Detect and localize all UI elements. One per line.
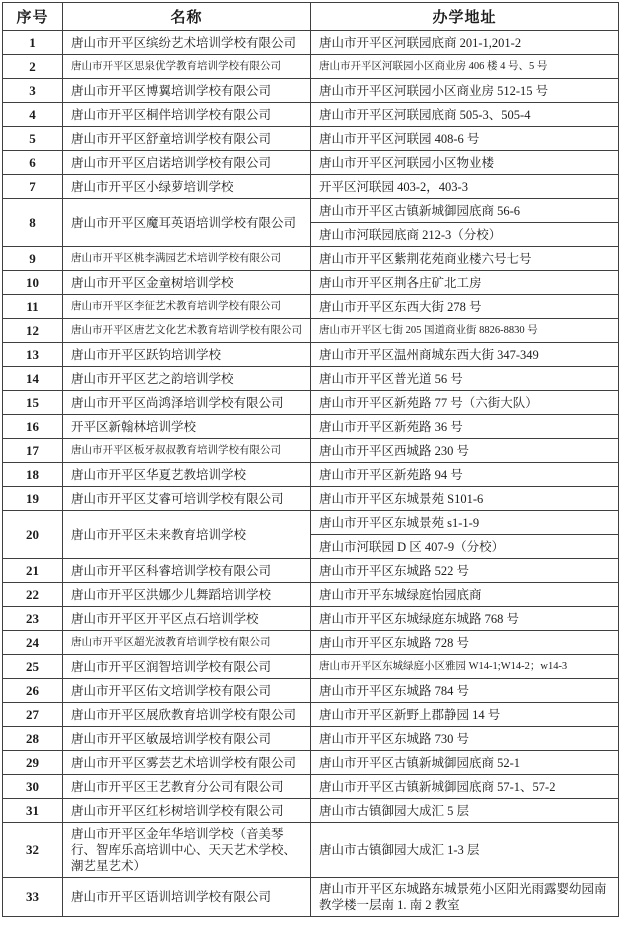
school-name: 唐山市开平区展欣教育培训学校有限公司 xyxy=(63,703,311,727)
row-number: 6 xyxy=(3,151,63,175)
school-name: 唐山市开平区桃李满园艺术培训学校有限公司 xyxy=(63,247,311,271)
school-address: 唐山市古镇御园大成汇 1-3 层 xyxy=(311,823,619,878)
school-name: 唐山市开平区缤纷艺术培训学校有限公司 xyxy=(63,31,311,55)
row-number: 23 xyxy=(3,607,63,631)
table-row: 15唐山市开平区尚鸿泽培训学校有限公司唐山市开平区新苑路 77 号（六街大队） xyxy=(3,391,619,415)
school-address: 唐山市开平区东城路 522 号 xyxy=(311,559,619,583)
school-address: 唐山市开平区西城路 230 号 xyxy=(311,439,619,463)
row-number: 1 xyxy=(3,31,63,55)
row-number: 32 xyxy=(3,823,63,878)
school-address: 唐山市开平区新苑路 77 号（六街大队） xyxy=(311,391,619,415)
table-row: 13唐山市开平区跃钧培训学校唐山市开平区温州商城东西大街 347-349 xyxy=(3,343,619,367)
school-address: 唐山市开平区古镇新城御园底商 52-1 xyxy=(311,751,619,775)
school-address: 开平区河联园 403-2，403-3 xyxy=(311,175,619,199)
school-name: 唐山市开平区博翼培训学校有限公司 xyxy=(63,79,311,103)
school-address: 唐山市开平区河联园底商 505-3、505-4 xyxy=(311,103,619,127)
table-row: 3唐山市开平区博翼培训学校有限公司唐山市开平区河联园小区商业房 512-15 号 xyxy=(3,79,619,103)
row-number: 4 xyxy=(3,103,63,127)
table-row: 6唐山市开平区启诺培训学校有限公司唐山市开平区河联园小区物业楼 xyxy=(3,151,619,175)
school-name: 唐山市开平区小绿萝培训学校 xyxy=(63,175,311,199)
school-name: 唐山市开平区王艺教育分公司有限公司 xyxy=(63,775,311,799)
school-address: 唐山市开平区古镇新城御园底商 57-1、57-2 xyxy=(311,775,619,799)
school-address: 唐山市开平区东城路东城景苑小区阳光雨露婴幼园南教学楼一层南 1. 南 2 教室 xyxy=(311,878,619,917)
table-row: 14唐山市开平区艺之韵培训学校唐山市开平区普光道 56 号 xyxy=(3,367,619,391)
table-row: 1唐山市开平区缤纷艺术培训学校有限公司唐山市开平区河联园底商 201-1,201… xyxy=(3,31,619,55)
row-number: 33 xyxy=(3,878,63,917)
col-header-address: 办学地址 xyxy=(311,3,619,31)
row-number: 11 xyxy=(3,295,63,319)
school-address: 唐山市开平区河联园小区物业楼 xyxy=(311,151,619,175)
header-row: 序号 名称 办学地址 xyxy=(3,3,619,31)
row-number: 20 xyxy=(3,511,63,559)
school-name: 唐山市开平区金年华培训学校（音美琴行、智库乐高培训中心、天天艺术学校、潮艺星艺术… xyxy=(63,823,311,878)
table-row: 22唐山市开平区洪娜少儿舞蹈培训学校唐山市开平东城绿庭怡园底商 xyxy=(3,583,619,607)
table-body: 1唐山市开平区缤纷艺术培训学校有限公司唐山市开平区河联园底商 201-1,201… xyxy=(3,31,619,917)
school-address: 唐山市开平区河联园 408-6 号 xyxy=(311,127,619,151)
school-address: 唐山市开平区紫荆花苑商业楼六号七号 xyxy=(311,247,619,271)
school-name: 唐山市开平区华夏艺教培训学校 xyxy=(63,463,311,487)
school-name: 唐山市开平区科睿培训学校有限公司 xyxy=(63,559,311,583)
school-address: 唐山市开平区东城路 784 号 xyxy=(311,679,619,703)
row-number: 14 xyxy=(3,367,63,391)
school-name: 开平区新翰林培训学校 xyxy=(63,415,311,439)
table-row: 33唐山市开平区语训培训学校有限公司唐山市开平区东城路东城景苑小区阳光雨露婴幼园… xyxy=(3,878,619,917)
school-name: 唐山市开平区板牙叔叔教育培训学校有限公司 xyxy=(63,439,311,463)
school-address: 唐山市开平区普光道 56 号 xyxy=(311,367,619,391)
school-name: 唐山市开平区敏晟培训学校有限公司 xyxy=(63,727,311,751)
row-number: 9 xyxy=(3,247,63,271)
school-name: 唐山市开平区跃钧培训学校 xyxy=(63,343,311,367)
school-name: 唐山市开平区唐艺文化艺术教育培训学校有限公司 xyxy=(63,319,311,343)
row-number: 31 xyxy=(3,799,63,823)
table-row: 26唐山市开平区佑文培训学校有限公司唐山市开平区东城路 784 号 xyxy=(3,679,619,703)
school-name: 唐山市开平区艾睿可培训学校有限公司 xyxy=(63,487,311,511)
row-number: 21 xyxy=(3,559,63,583)
school-address: 唐山市古镇御园大成汇 5 层 xyxy=(311,799,619,823)
table-row: 12唐山市开平区唐艺文化艺术教育培训学校有限公司唐山市开平区七街 205 国道商… xyxy=(3,319,619,343)
school-name: 唐山市开平区尚鸿泽培训学校有限公司 xyxy=(63,391,311,415)
table-row: 4唐山市开平区桐伴培训学校有限公司唐山市开平区河联园底商 505-3、505-4 xyxy=(3,103,619,127)
row-number: 19 xyxy=(3,487,63,511)
row-number: 12 xyxy=(3,319,63,343)
school-address: 唐山市开平区河联园小区商业房 406 楼 4 号、5 号 xyxy=(311,55,619,79)
row-number: 18 xyxy=(3,463,63,487)
schools-table: 序号 名称 办学地址 1唐山市开平区缤纷艺术培训学校有限公司唐山市开平区河联园底… xyxy=(2,2,619,917)
school-address: 唐山市开平区温州商城东西大街 347-349 xyxy=(311,343,619,367)
school-address: 唐山市开平区东城路 728 号 xyxy=(311,631,619,655)
school-address: 唐山市开平区河联园底商 201-1,201-2 xyxy=(311,31,619,55)
school-name: 唐山市开平区超光波教育培训学校有限公司 xyxy=(63,631,311,655)
school-name: 唐山市开平区金童树培训学校 xyxy=(63,271,311,295)
school-address: 唐山市开平区东城绿庭小区雅园 W14-1;W14-2；w14-3 xyxy=(311,655,619,679)
school-name: 唐山市开平区魔耳英语培训学校有限公司 xyxy=(63,199,311,247)
school-name: 唐山市开平区艺之韵培训学校 xyxy=(63,367,311,391)
row-number: 28 xyxy=(3,727,63,751)
row-number: 15 xyxy=(3,391,63,415)
table-row: 23唐山市开平区开平区点石培训学校唐山市开平区东城绿庭东城路 768 号 xyxy=(3,607,619,631)
school-address: 唐山市开平东城绿庭怡园底商 xyxy=(311,583,619,607)
school-name: 唐山市开平区语训培训学校有限公司 xyxy=(63,878,311,917)
row-number: 25 xyxy=(3,655,63,679)
table-row: 9唐山市开平区桃李满园艺术培训学校有限公司唐山市开平区紫荆花苑商业楼六号七号 xyxy=(3,247,619,271)
col-header-no: 序号 xyxy=(3,3,63,31)
table-row: 27唐山市开平区展欣教育培训学校有限公司唐山市开平区新野上郡静园 14 号 xyxy=(3,703,619,727)
table-row: 17唐山市开平区板牙叔叔教育培训学校有限公司唐山市开平区西城路 230 号 xyxy=(3,439,619,463)
school-address: 唐山市开平区古镇新城御园底商 56-6 xyxy=(311,199,619,223)
school-address: 唐山市河联园 D 区 407-9（分校） xyxy=(311,535,619,559)
school-address: 唐山市河联园底商 212-3（分校） xyxy=(311,223,619,247)
row-number: 16 xyxy=(3,415,63,439)
table-row: 20唐山市开平区未来教育培训学校唐山市开平区东城景苑 s1-1-9 xyxy=(3,511,619,535)
row-number: 2 xyxy=(3,55,63,79)
row-number: 22 xyxy=(3,583,63,607)
school-address: 唐山市开平区东西大街 278 号 xyxy=(311,295,619,319)
row-number: 8 xyxy=(3,199,63,247)
table-row: 28唐山市开平区敏晟培训学校有限公司唐山市开平区东城路 730 号 xyxy=(3,727,619,751)
school-name: 唐山市开平区思泉优学教育培训学校有限公司 xyxy=(63,55,311,79)
table-row: 11唐山市开平区李征艺术教育培训学校有限公司唐山市开平区东西大街 278 号 xyxy=(3,295,619,319)
row-number: 29 xyxy=(3,751,63,775)
table-row: 5唐山市开平区舒童培训学校有限公司唐山市开平区河联园 408-6 号 xyxy=(3,127,619,151)
school-name: 唐山市开平区润智培训学校有限公司 xyxy=(63,655,311,679)
school-name: 唐山市开平区雾芸艺术培训学校有限公司 xyxy=(63,751,311,775)
col-header-name: 名称 xyxy=(63,3,311,31)
table-row: 19唐山市开平区艾睿可培训学校有限公司唐山市开平区东城景苑 S101-6 xyxy=(3,487,619,511)
table-header: 序号 名称 办学地址 xyxy=(3,3,619,31)
row-number: 7 xyxy=(3,175,63,199)
row-number: 10 xyxy=(3,271,63,295)
school-name: 唐山市开平区桐伴培训学校有限公司 xyxy=(63,103,311,127)
school-name: 唐山市开平区未来教育培训学校 xyxy=(63,511,311,559)
school-address: 唐山市开平区荆各庄矿北工房 xyxy=(311,271,619,295)
school-address: 唐山市开平区东城绿庭东城路 768 号 xyxy=(311,607,619,631)
row-number: 27 xyxy=(3,703,63,727)
school-name: 唐山市开平区舒童培训学校有限公司 xyxy=(63,127,311,151)
school-name: 唐山市开平区开平区点石培训学校 xyxy=(63,607,311,631)
row-number: 13 xyxy=(3,343,63,367)
school-name: 唐山市开平区洪娜少儿舞蹈培训学校 xyxy=(63,583,311,607)
table-row: 7唐山市开平区小绿萝培训学校开平区河联园 403-2，403-3 xyxy=(3,175,619,199)
school-address: 唐山市开平区新苑路 94 号 xyxy=(311,463,619,487)
table-row: 24唐山市开平区超光波教育培训学校有限公司唐山市开平区东城路 728 号 xyxy=(3,631,619,655)
row-number: 24 xyxy=(3,631,63,655)
school-address: 唐山市开平区新苑路 36 号 xyxy=(311,415,619,439)
row-number: 26 xyxy=(3,679,63,703)
school-address: 唐山市开平区河联园小区商业房 512-15 号 xyxy=(311,79,619,103)
school-name: 唐山市开平区李征艺术教育培训学校有限公司 xyxy=(63,295,311,319)
table-row: 30唐山市开平区王艺教育分公司有限公司唐山市开平区古镇新城御园底商 57-1、5… xyxy=(3,775,619,799)
table-row: 21唐山市开平区科睿培训学校有限公司唐山市开平区东城路 522 号 xyxy=(3,559,619,583)
document-page: 序号 名称 办学地址 1唐山市开平区缤纷艺术培训学校有限公司唐山市开平区河联园底… xyxy=(0,0,620,928)
row-number: 30 xyxy=(3,775,63,799)
table-row: 32唐山市开平区金年华培训学校（音美琴行、智库乐高培训中心、天天艺术学校、潮艺星… xyxy=(3,823,619,878)
school-address: 唐山市开平区东城路 730 号 xyxy=(311,727,619,751)
school-address: 唐山市开平区新野上郡静园 14 号 xyxy=(311,703,619,727)
table-row: 31唐山市开平区红杉树培训学校有限公司唐山市古镇御园大成汇 5 层 xyxy=(3,799,619,823)
table-row: 18唐山市开平区华夏艺教培训学校唐山市开平区新苑路 94 号 xyxy=(3,463,619,487)
row-number: 5 xyxy=(3,127,63,151)
table-row: 25唐山市开平区润智培训学校有限公司唐山市开平区东城绿庭小区雅园 W14-1;W… xyxy=(3,655,619,679)
row-number: 17 xyxy=(3,439,63,463)
table-row: 29唐山市开平区雾芸艺术培训学校有限公司唐山市开平区古镇新城御园底商 52-1 xyxy=(3,751,619,775)
school-address: 唐山市开平区东城景苑 s1-1-9 xyxy=(311,511,619,535)
school-name: 唐山市开平区启诺培训学校有限公司 xyxy=(63,151,311,175)
school-address: 唐山市开平区七街 205 国道商业街 8826-8830 号 xyxy=(311,319,619,343)
table-row: 16开平区新翰林培训学校唐山市开平区新苑路 36 号 xyxy=(3,415,619,439)
row-number: 3 xyxy=(3,79,63,103)
school-address: 唐山市开平区东城景苑 S101-6 xyxy=(311,487,619,511)
school-name: 唐山市开平区佑文培训学校有限公司 xyxy=(63,679,311,703)
table-row: 10唐山市开平区金童树培训学校唐山市开平区荆各庄矿北工房 xyxy=(3,271,619,295)
table-row: 8唐山市开平区魔耳英语培训学校有限公司唐山市开平区古镇新城御园底商 56-6 xyxy=(3,199,619,223)
school-name: 唐山市开平区红杉树培训学校有限公司 xyxy=(63,799,311,823)
table-row: 2唐山市开平区思泉优学教育培训学校有限公司唐山市开平区河联园小区商业房 406 … xyxy=(3,55,619,79)
